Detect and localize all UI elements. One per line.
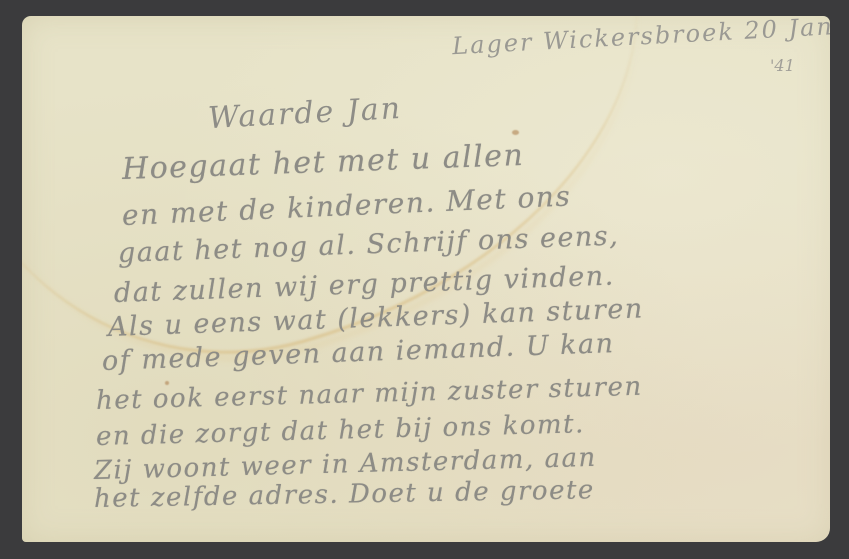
salutation: Waarde Jan [207,91,403,136]
postcard-paper: Lager Wickersbroek 20 Jan. '41 Waarde Ja… [22,16,830,542]
date-year: '41 [770,56,795,75]
text-line-1: Hoegaat het met u allen [121,138,524,187]
scanned-postcard: Lager Wickersbroek 20 Jan. '41 Waarde Ja… [0,0,849,559]
place-date: Lager Wickersbroek 20 Jan. [452,16,830,60]
ink-spot [512,130,519,135]
